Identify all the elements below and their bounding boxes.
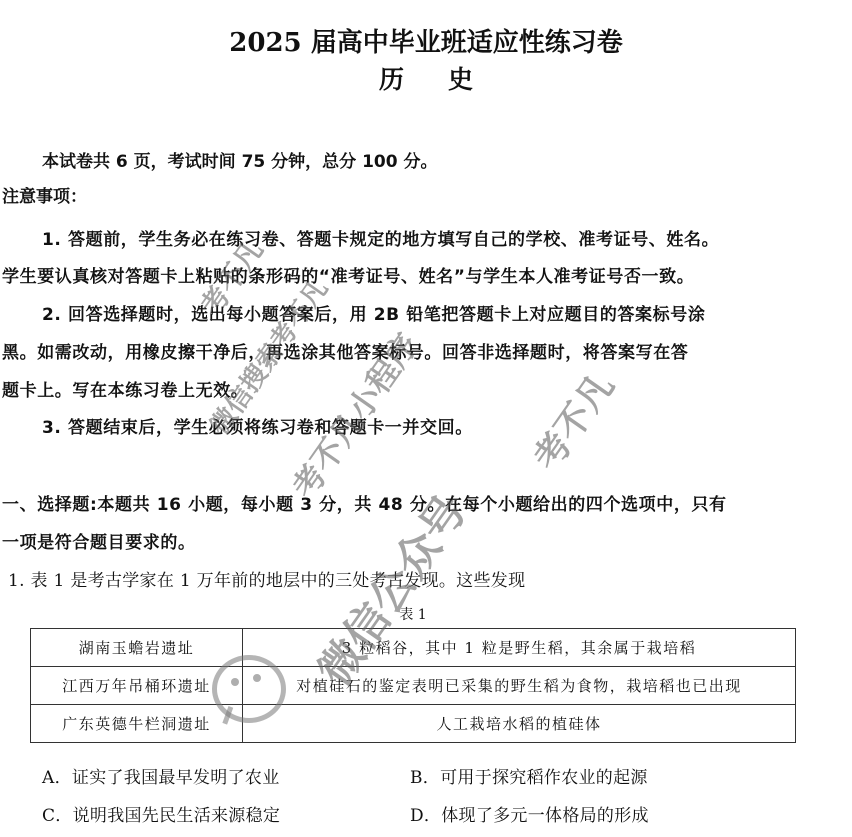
section-heading-line-2: 一项是符合题目要求的。 — [2, 528, 196, 553]
option-d-label: D． — [410, 806, 441, 826]
table-cell-site: 湖南玉蟾岩遗址 — [31, 629, 243, 667]
notice-item-3-line-1: 3. 答题结束后，学生必须将练习卷和答题卡一并交回。 — [42, 413, 473, 438]
watermark-text: 考不凡 — [520, 362, 624, 480]
section-heading-line-1: 一、选择题:本题共 16 小题，每小题 3 分，共 48 分。在每个小题给出的四… — [2, 490, 727, 515]
subject-title: 历史 — [0, 60, 852, 96]
findings-table: 湖南玉蟾岩遗址 3 粒稻谷，其中 1 粒是野生稻，其余属于栽培稻 江西万年吊桶环… — [30, 628, 796, 743]
table-caption: 表 1 — [0, 604, 826, 624]
table-cell-finding: 3 粒稻谷，其中 1 粒是野生稻，其余属于栽培稻 — [243, 629, 796, 667]
table-cell-finding: 对植硅石的鉴定表明已采集的野生稻为食物，栽培稻也已出现 — [243, 667, 796, 705]
option-d-text: 体现了多元一体格局的形成 — [441, 806, 649, 826]
option-b-text: 可用于探究稻作农业的起源 — [440, 768, 648, 788]
subject-char-1: 历 — [379, 60, 404, 96]
notice-item-2-line-2: 黑。如需改动，用橡皮擦干净后，再选涂其他答案标号。回答非选择题时，将答案写在答 — [2, 338, 688, 363]
notice-item-1-line-2: 学生要认真核对答题卡上粘贴的条形码的“准考证号、姓名”与学生本人准考证号否一致。 — [2, 262, 694, 287]
table-cell-site: 广东英德牛栏洞遗址 — [31, 705, 243, 743]
option-c-label: C． — [42, 806, 73, 826]
subject-char-2: 史 — [448, 60, 473, 96]
exam-intro: 本试卷共 6 页，考试时间 75 分钟，总分 100 分。 — [42, 147, 437, 172]
table-row: 湖南玉蟾岩遗址 3 粒稻谷，其中 1 粒是野生稻，其余属于栽培稻 — [31, 629, 796, 667]
question-1-stem: 1. 表 1 是考古学家在 1 万年前的地层中的三处考古发现。这些发现 — [8, 566, 525, 591]
option-c[interactable]: C．说明我国先民生活来源稳定 — [42, 801, 280, 826]
notice-item-2-line-3: 题卡上。写在本练习卷上无效。 — [2, 376, 248, 401]
table-cell-finding: 人工栽培水稻的植硅体 — [243, 705, 796, 743]
option-c-text: 说明我国先民生活来源稳定 — [73, 806, 281, 826]
notice-heading: 注意事项： — [2, 182, 87, 207]
exam-title: 2025 届高中毕业班适应性练习卷 — [0, 22, 852, 59]
option-d[interactable]: D．体现了多元一体格局的形成 — [410, 801, 649, 826]
option-b[interactable]: B．可用于探究稻作农业的起源 — [410, 763, 648, 788]
option-a-text: 证实了我国最早发明了农业 — [72, 768, 280, 788]
table-cell-site: 江西万年吊桶环遗址 — [31, 667, 243, 705]
table-row: 江西万年吊桶环遗址 对植硅石的鉴定表明已采集的野生稻为食物，栽培稻也已出现 — [31, 667, 796, 705]
option-b-label: B． — [410, 768, 440, 788]
notice-item-1-line-1: 1. 答题前，学生务必在练习卷、答题卡规定的地方填写自己的学校、准考证号、姓名。 — [42, 225, 719, 250]
notice-item-2-line-1: 2. 回答选择题时，选出每小题答案后，用 2B 铅笔把答题卡上对应题目的答案标号… — [42, 300, 705, 325]
option-a[interactable]: A．证实了我国最早发明了农业 — [42, 763, 280, 788]
table-row: 广东英德牛栏洞遗址 人工栽培水稻的植硅体 — [31, 705, 796, 743]
option-a-label: A． — [42, 768, 72, 788]
